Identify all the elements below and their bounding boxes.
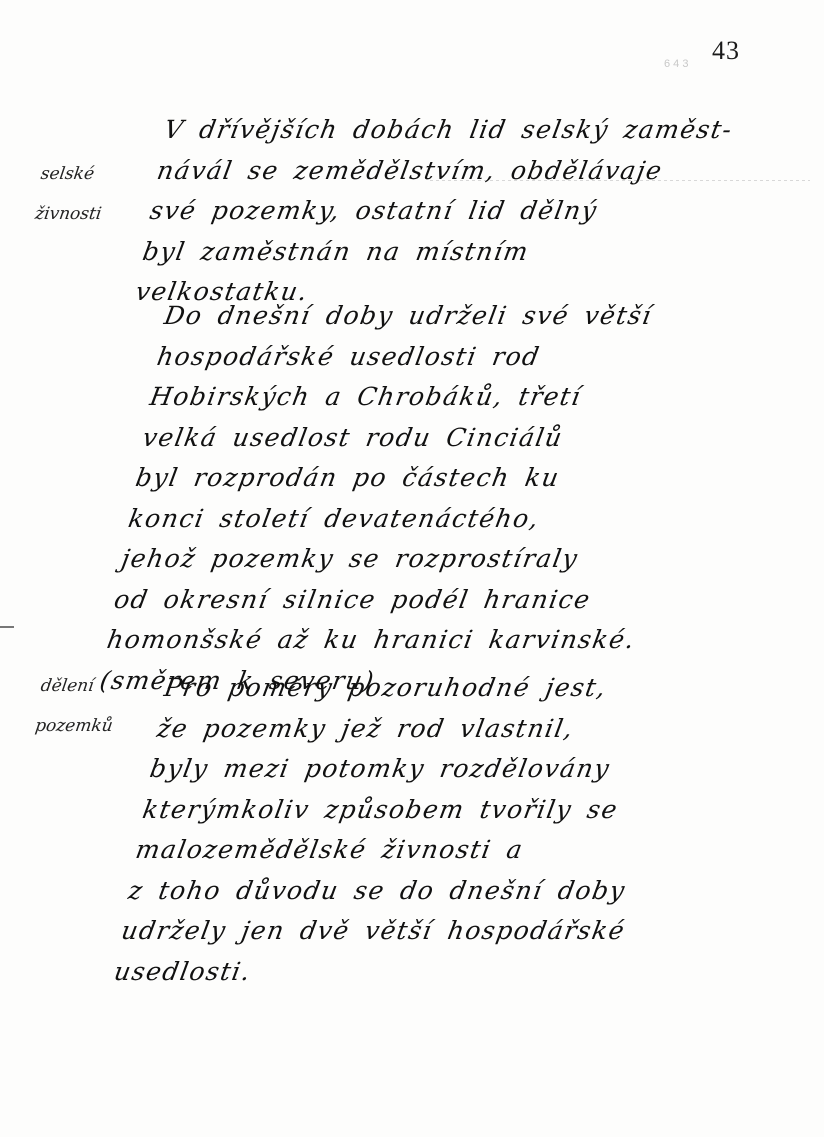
text-line: Pro poměry pozoruhodné jest, <box>161 668 768 709</box>
text-line: konci století devatenáctého, <box>125 499 732 540</box>
text-line: Hobirských a Chrobáků, třetí <box>147 377 754 418</box>
edge-mark <box>0 626 14 628</box>
text-line: návál se zemědělstvím, obdělávaje <box>154 151 761 192</box>
text-line: jehož pozemky se rozprostíraly <box>118 539 725 580</box>
text-line: byly mezi potomky rozdělovány <box>147 749 754 790</box>
text-line: velká usedlost rodu Cinciálů <box>139 418 746 459</box>
text-line: udržely jen dvě větší hospodářské <box>118 911 725 952</box>
text-line: kterýmkoliv způsobem tvořily se <box>139 790 746 831</box>
text-line: své pozemky, ostatní lid dělný <box>147 191 754 232</box>
paragraph-3: Pro poměry pozoruhodné jest, že pozemky … <box>111 668 768 992</box>
faint-stamp: 6 4 3 <box>664 58 688 70</box>
text-line: od okresní silnice podél hranice <box>111 580 718 621</box>
paragraph-1: V dřívějších dobách lid selský zaměst- n… <box>132 110 768 313</box>
text-line: hospodářské usedlosti rod <box>154 337 761 378</box>
text-line: usedlosti. <box>111 952 718 993</box>
page-number: 43 <box>712 36 740 66</box>
margin-note-line: pozemků <box>32 706 115 746</box>
text-line: homonšské až ku hranici karvinské. <box>104 620 711 661</box>
text-line: Do dnešní doby udrželi své větší <box>161 296 768 337</box>
text-line: byl zaměstnán na místním <box>139 232 746 273</box>
text-line: V dřívějších dobách lid selský zaměst- <box>161 110 768 151</box>
margin-note-line: selské <box>38 154 110 194</box>
text-line: z toho důvodu se do dnešní doby <box>125 871 732 912</box>
text-line: že pozemky jež rod vlastnil, <box>154 709 761 750</box>
paragraph-2: Do dnešní doby udrželi své větší hospodá… <box>97 296 768 701</box>
margin-note-line: živnosti <box>32 194 104 234</box>
text-line: byl rozprodán po částech ku <box>132 458 739 499</box>
margin-note-farm-trades: selské živnosti <box>32 154 109 234</box>
text-line: malozemědělské živnosti a <box>132 830 739 871</box>
